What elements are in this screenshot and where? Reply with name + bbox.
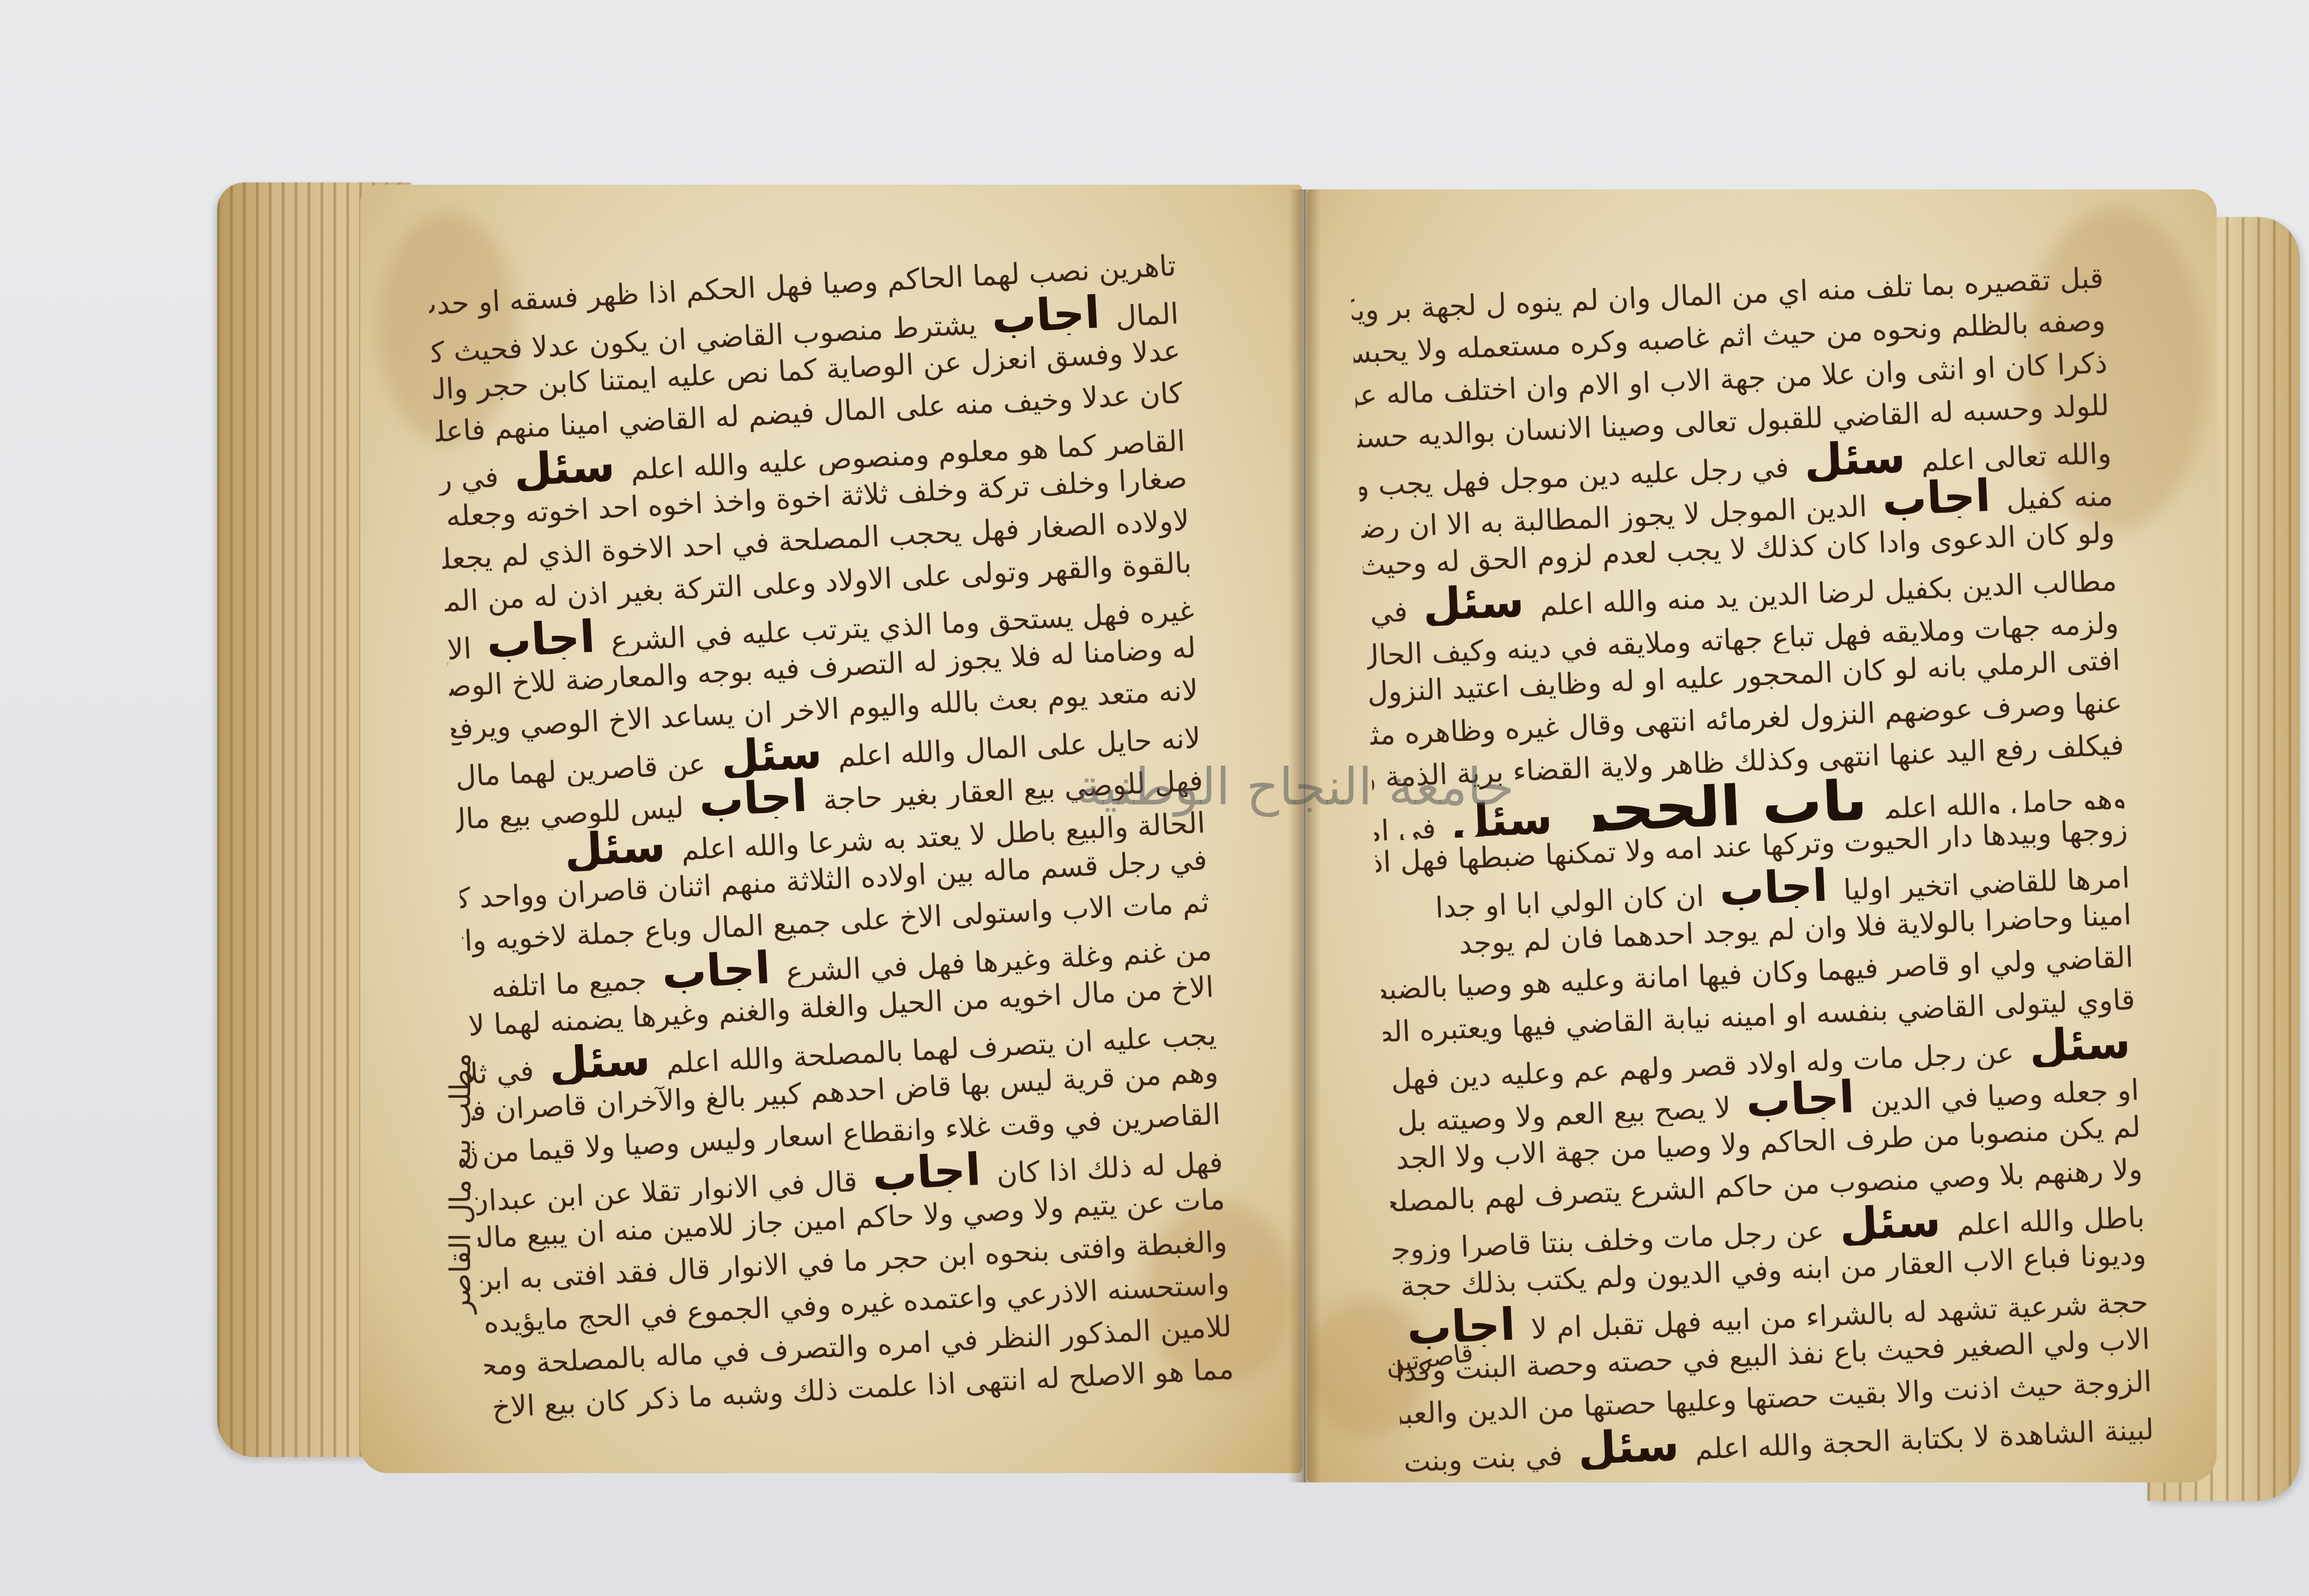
line-text: في رجل عليه دين: [1364, 594, 1417, 629]
margin-note: مطلب بيع مال القاصر: [443, 1053, 477, 1313]
line-text: منه كفيل: [1996, 478, 2114, 517]
left-page-text: تاهرين نصب لهما الحاكم وصيا فهل الحكم اذ…: [428, 244, 1235, 1429]
watermark: جامعة النجاح الوطنية: [1076, 757, 1514, 816]
line-text: المال: [1106, 296, 1179, 334]
line-text: في ثلاثة اخوة لهم زيتون نفقة: [468, 1053, 544, 1089]
question-keyword: سئل: [1570, 1419, 1686, 1475]
left-page: تاهرين نصب لهما الحاكم وصيا فهل الحكم اذ…: [360, 185, 1302, 1473]
right-page: قبل تقصيره بما تلف منه اي من المال وان ل…: [1307, 189, 2217, 1482]
line-text: لبينة الشاهدة لا بكتابة الحجة والله اعلم: [1685, 1412, 2155, 1466]
book-gutter: [1288, 189, 1321, 1482]
line-text: في بنت وبنت: [1403, 1438, 1572, 1478]
right-page-text: قبل تقصيره بما تلف منه اي من المال وان ل…: [1351, 257, 2155, 1478]
line-text: في رجل مات وخلف اولادا: [436, 459, 508, 496]
line-text: الاخ الذي اخذ للمال غاصبا: [446, 631, 482, 665]
manuscript-photo: تاهرين نصب لهما الحاكم وصيا فهل الحكم اذ…: [0, 0, 2309, 1596]
